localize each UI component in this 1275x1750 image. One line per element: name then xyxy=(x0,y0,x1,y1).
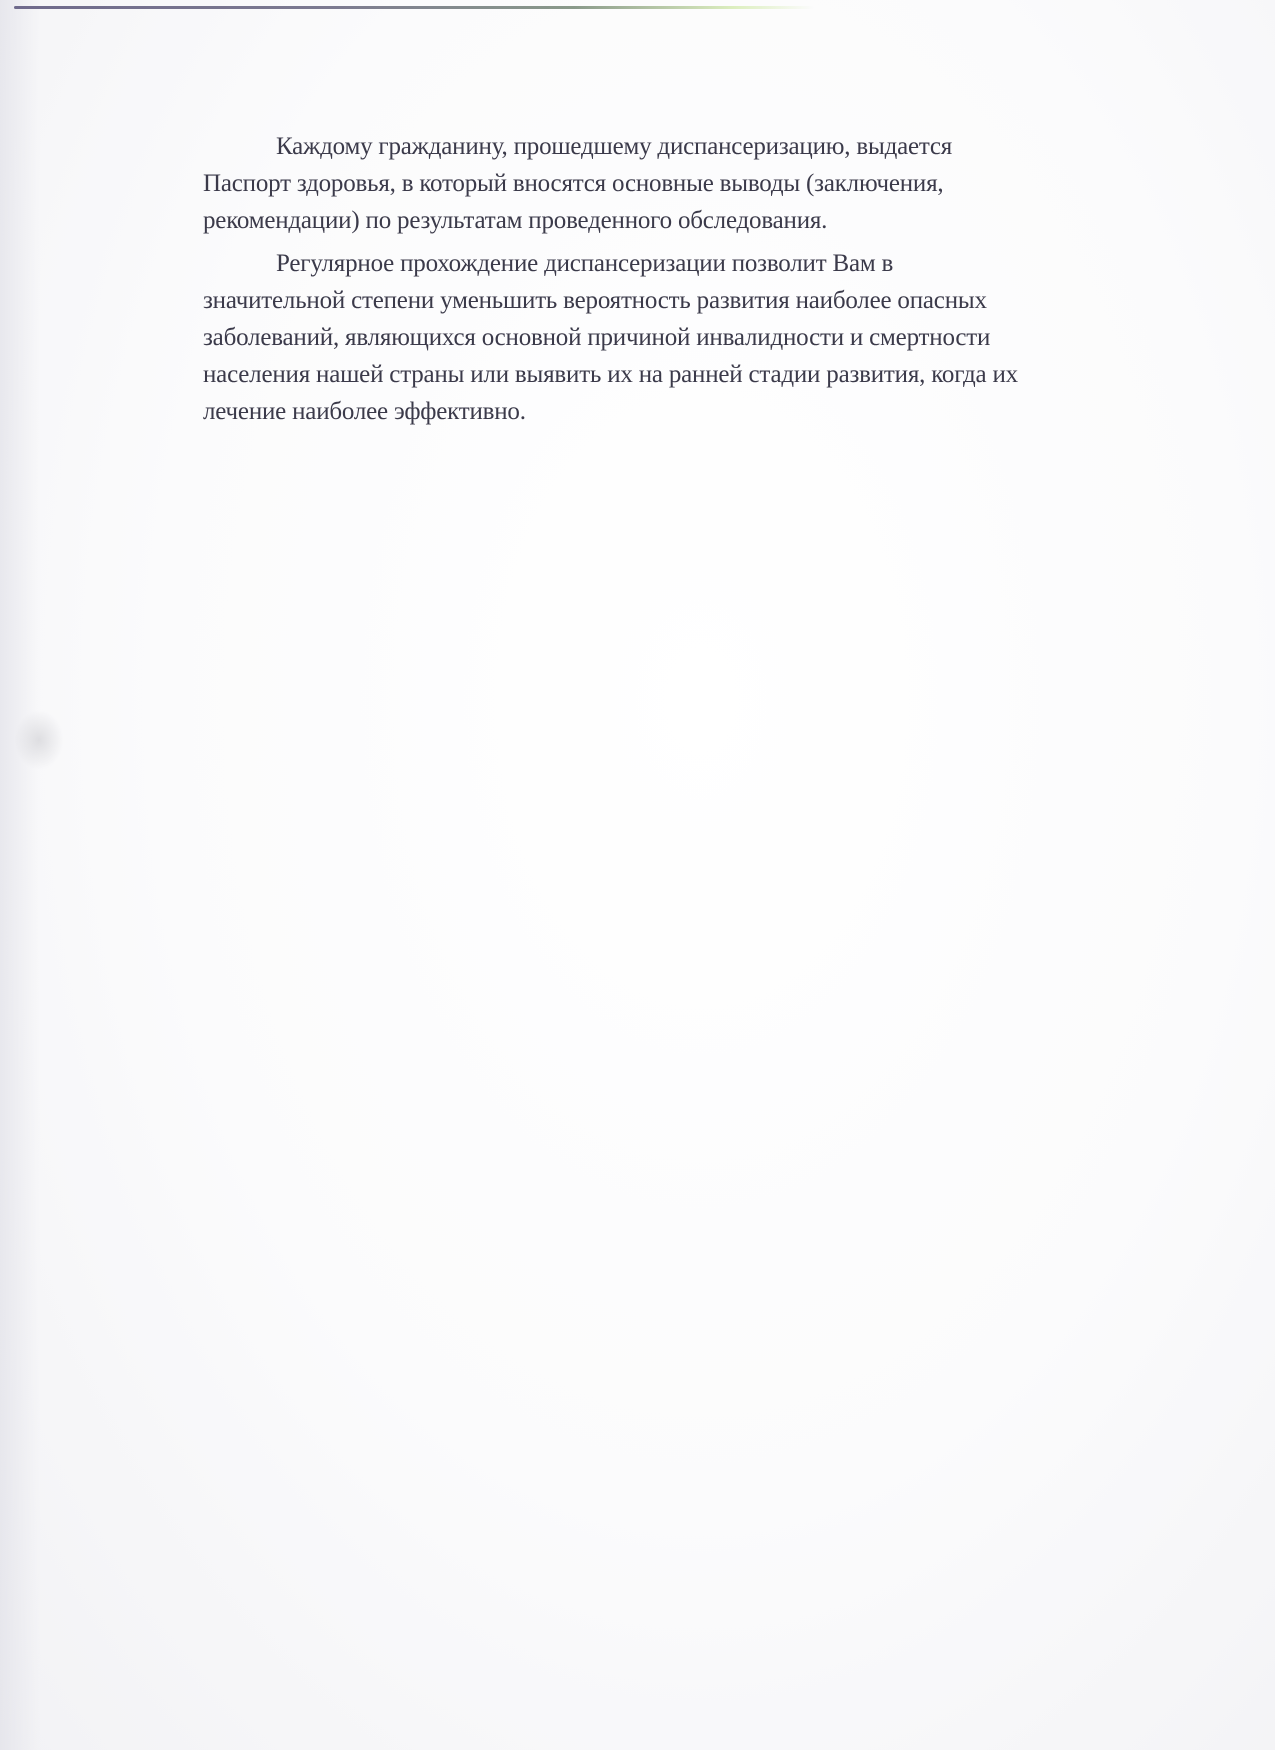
scan-edge-line xyxy=(14,6,814,9)
paragraph-regular-checkup: Регулярное прохождение диспансеризации п… xyxy=(203,245,1183,430)
scan-shadow xyxy=(0,0,40,1750)
paragraph-health-passport: Каждому гражданину, прошедшему диспансер… xyxy=(203,128,1183,239)
scanned-page: Каждому гражданину, прошедшему диспансер… xyxy=(0,0,1275,1750)
document-body: Каждому гражданину, прошедшему диспансер… xyxy=(203,128,1183,436)
scan-smudge xyxy=(14,710,64,770)
